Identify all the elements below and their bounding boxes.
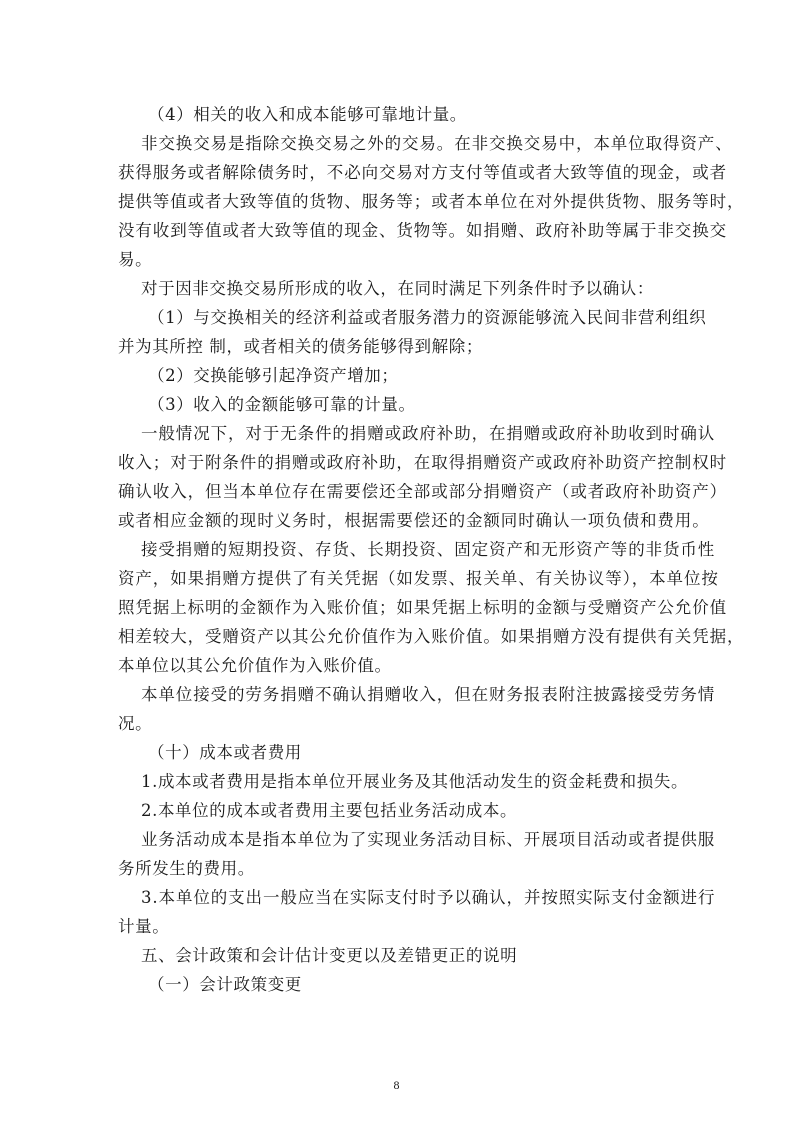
paragraph-line: 获得服务或者解除债务时，不必向交易对方支付等值或者大致等值的现金，或者 [118, 163, 727, 183]
list-item-line: 计量。 [118, 917, 169, 937]
paragraph-line: 非交换交易是指除交换交易之外的交易。在非交换交易中，本单位取得资产、 [141, 134, 733, 154]
section-heading: （十）成本或者费用 [148, 743, 302, 763]
paragraph-line: 确认收入，但当本单位存在需要偿还全部或部分捐赠资产（或者政府补助资产） [118, 482, 727, 502]
document-page: （4）相关的收入和成本能够可靠地计量。 非交换交易是指除交换交易之外的交易。在非… [0, 0, 793, 1122]
subsection-heading: （一）会计政策变更 [148, 975, 302, 995]
paragraph-line: 务所发生的费用。 [118, 859, 255, 879]
list-item-line: 并为其所控 制，或者相关的债务能够得到解除； [118, 337, 483, 357]
page-number: 8 [0, 1078, 793, 1093]
paragraph-line: 易。 [118, 250, 152, 270]
paragraph-line: 本单位接受的劳务捐赠不确认捐赠收入，但在财务报表附注披露接受劳务情 [141, 685, 715, 705]
paragraph-line: 没有收到等值或者大致等值的现金、货物等。如捐赠、政府补助等属于非交换交 [118, 221, 727, 241]
list-item-line: （2）交换能够引起净资产增加； [148, 366, 399, 386]
section-heading: 五、会计政策和会计估计变更以及差错更正的说明 [141, 946, 517, 966]
list-item-line: 3.本单位的支出一般应当在实际支付时予以确认，并按照实际支付金额进行 [141, 888, 715, 908]
paragraph-line: 提供等值或者大致等值的货物、服务等；或者本单位在对外提供货物、服务等时， [118, 192, 744, 212]
paragraph-line: 或者相应金额的现时义务时，根据需要偿还的金额同时确认一项负债和费用。 [118, 511, 710, 531]
list-item-line: （1）与交换相关的经济利益或者服务潜力的资源能够流入民间非营利组织 [148, 308, 706, 328]
list-item-line: 1.成本或者费用是指本单位开展业务及其他活动发生的资金耗费和损失。 [141, 772, 688, 792]
paragraph-line: 接受捐赠的短期投资、存货、长期投资、固定资产和无形资产等的非货币性 [141, 540, 715, 560]
paragraph-line: 收入；对于附条件的捐赠或政府补助，在取得捐赠资产或政府补助资产控制权时 [118, 453, 727, 473]
paragraph-line: （4）相关的收入和成本能够可靠地计量。 [148, 105, 467, 125]
paragraph-line: 业务活动成本是指本单位为了实现业务活动目标、开展项目活动或者提供服 [141, 830, 715, 850]
paragraph-line: 对于因非交换交易所形成的收入，在同时满足下列条件时予以确认： [141, 279, 654, 299]
paragraph-line: 照凭据上标明的金额作为入账价值；如果凭据上标明的金额与受赠资产公允价值 [118, 598, 727, 618]
paragraph-line: 况。 [118, 714, 152, 734]
paragraph-line: 本单位以其公允价值作为入账价值。 [118, 656, 392, 676]
list-item-line: 2.本单位的成本或者费用主要包括业务活动成本。 [141, 801, 517, 821]
list-item-line: （3）收入的金额能够可靠的计量。 [148, 395, 416, 415]
paragraph-line: 相差较大，受赠资产以其公允价值作为入账价值。如果捐赠方没有提供有关凭据， [118, 627, 744, 647]
paragraph-line: 资产，如果捐赠方提供了有关凭据（如发票、报关单、有关协议等），本单位按 [118, 569, 719, 589]
paragraph-line: 一般情况下，对于无条件的捐赠或政府补助，在捐赠或政府补助收到时确认 [141, 424, 715, 444]
